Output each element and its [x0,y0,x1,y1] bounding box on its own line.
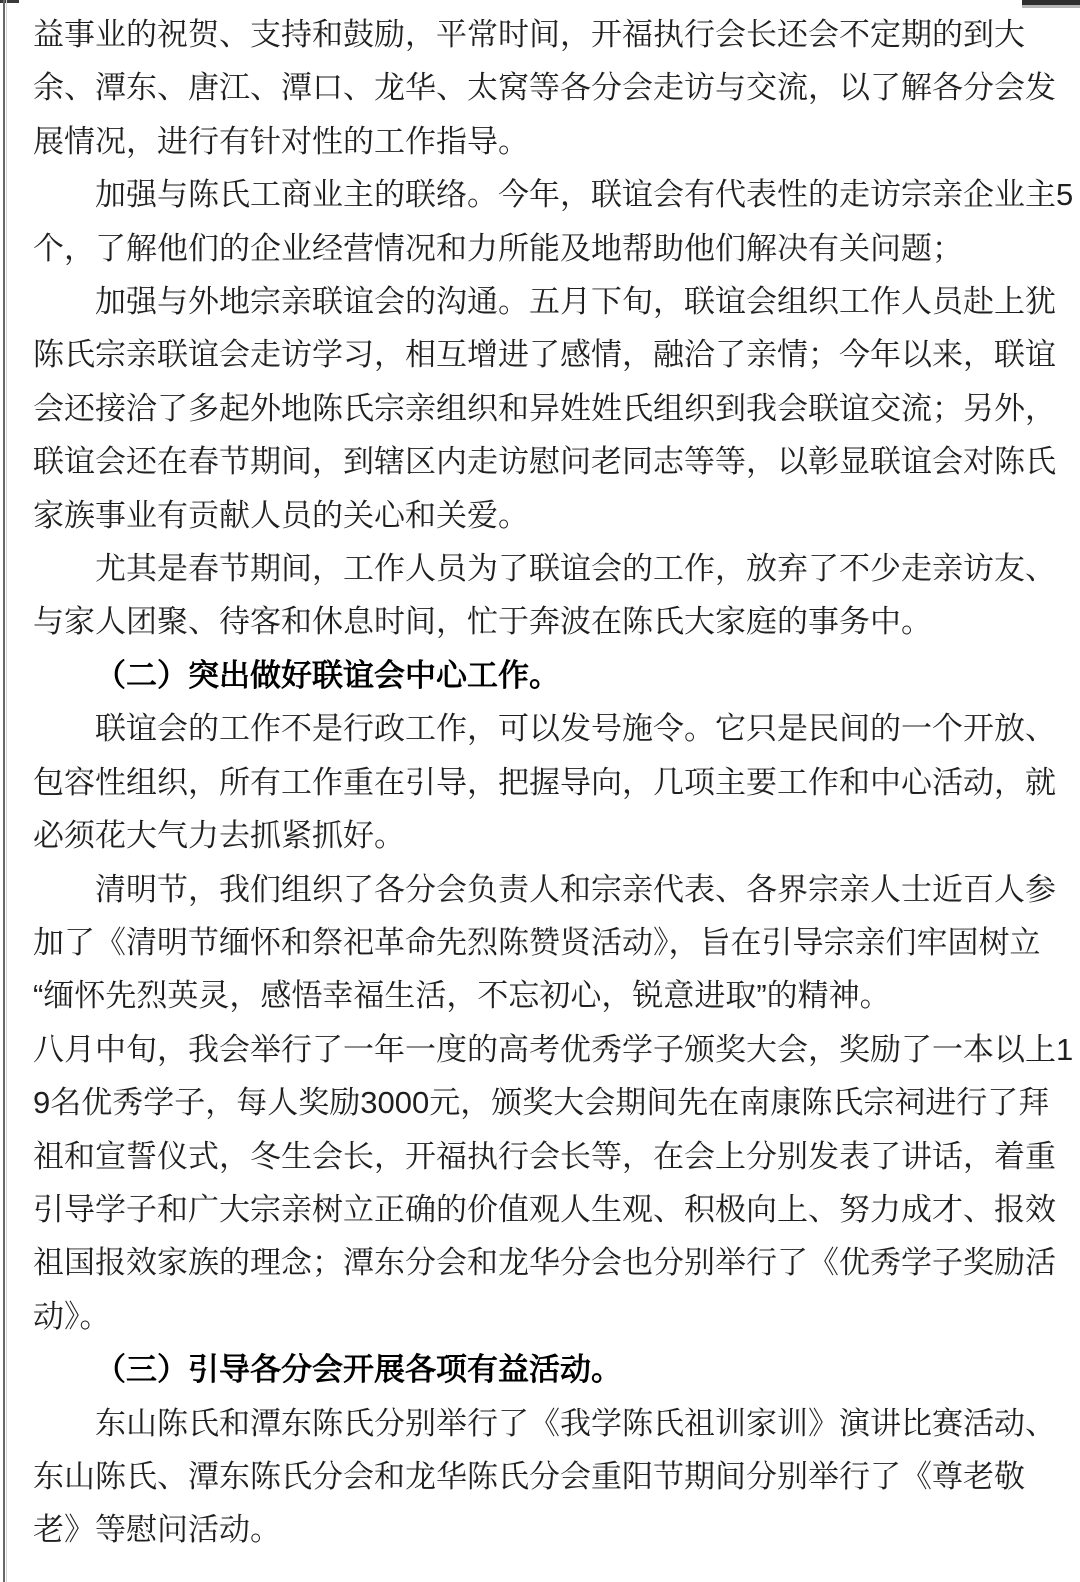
heading-line: （三）引导各分会开展各项有益活动。 [33,1343,1053,1396]
text-line: 联谊会还在春节期间，到辖区内走访慰问老同志等等，以彰显联谊会对陈氏 [33,435,1053,488]
text-line: 加强与陈氏工商业主的联络。今年，联谊会有代表性的走访宗亲企业主5 [33,168,1053,221]
text-line: 祖国报效家族的理念；潭东分会和龙华分会也分别举行了《优秀学子奖励活 [33,1236,1053,1289]
text-line: 陈氏宗亲联谊会走访学习，相互增进了感情，融洽了亲情；今年以来，联谊 [33,328,1053,381]
text-line: 会还接洽了多起外地陈氏宗亲组织和异姓姓氏组织到我会联谊交流；另外， [33,382,1053,435]
left-page-rule [3,0,5,1582]
text-line: 老》等慰问活动。 [33,1503,1053,1556]
text-line: 八月中旬，我会举行了一年一度的高考优秀学子颁奖大会，奖励了一本以上1 [33,1023,1053,1076]
text-line: 与家人团聚、待客和休息时间，忙于奔波在陈氏大家庭的事务中。 [33,595,1053,648]
text-line: 个，了解他们的企业经营情况和力所能及地帮助他们解决有关问题； [33,222,1053,275]
text-line: 尤其是春节期间，工作人员为了联谊会的工作，放弃了不少走亲访友、 [33,542,1053,595]
text-line: “缅怀先烈英灵，感悟幸福生活，不忘初心，锐意进取”的精神。 [33,969,1053,1022]
text-line: 动》。 [33,1290,1053,1343]
left-page-rule-light [6,0,7,1582]
text-line: 加了《清明节缅怀和祭祀革命先烈陈赞贤活动》，旨在引导宗亲们牢固树立 [33,916,1053,969]
text-line: 9名优秀学子，每人奖励3000元，颁奖大会期间先在南康陈氏宗祠进行了拜 [33,1076,1053,1129]
text-line: 祖和宣誓仪式，冬生会长，开福执行会长等，在会上分别发表了讲话，着重 [33,1130,1053,1183]
text-line: 引导学子和广大宗亲树立正确的价值观人生观、积极向上、努力成才、报效 [33,1183,1053,1236]
text-line: 益事业的祝贺、支持和鼓励，平常时间，开福执行会长还会不定期的到大 [33,8,1053,61]
text-line: 必须花大气力去抓紧抓好。 [33,809,1053,862]
text-line: 东山陈氏、潭东陈氏分会和龙华陈氏分会重阳节期间分别举行了《尊老敬 [33,1450,1053,1503]
document-page: 益事业的祝贺、支持和鼓励，平常时间，开福执行会长还会不定期的到大余、潭东、唐江、… [0,0,1080,1582]
text-line: 加强与外地宗亲联谊会的沟通。五月下旬，联谊会组织工作人员赴上犹 [33,275,1053,328]
text-line: 展情况，进行有针对性的工作指导。 [33,115,1053,168]
text-line: 清明节，我们组织了各分会负责人和宗亲代表、各界宗亲人士近百人参 [33,863,1053,916]
text-line: 余、潭东、唐江、潭口、龙华、太窝等各分会走访与交流，以了解各分会发 [33,61,1053,114]
text-line: 家族事业有贡献人员的关心和关爱。 [33,489,1053,542]
text-line: 包容性组织，所有工作重在引导，把握导向，几项主要工作和中心活动，就 [33,756,1053,809]
heading-line: （二）突出做好联谊会中心工作。 [33,649,1053,702]
text-line: 联谊会的工作不是行政工作，可以发号施令。它只是民间的一个开放、 [33,702,1053,755]
document-body: 益事业的祝贺、支持和鼓励，平常时间，开福执行会长还会不定期的到大余、潭东、唐江、… [33,8,1053,1557]
text-line: 东山陈氏和潭东陈氏分别举行了《我学陈氏祖训家训》演讲比赛活动、 [33,1397,1053,1450]
